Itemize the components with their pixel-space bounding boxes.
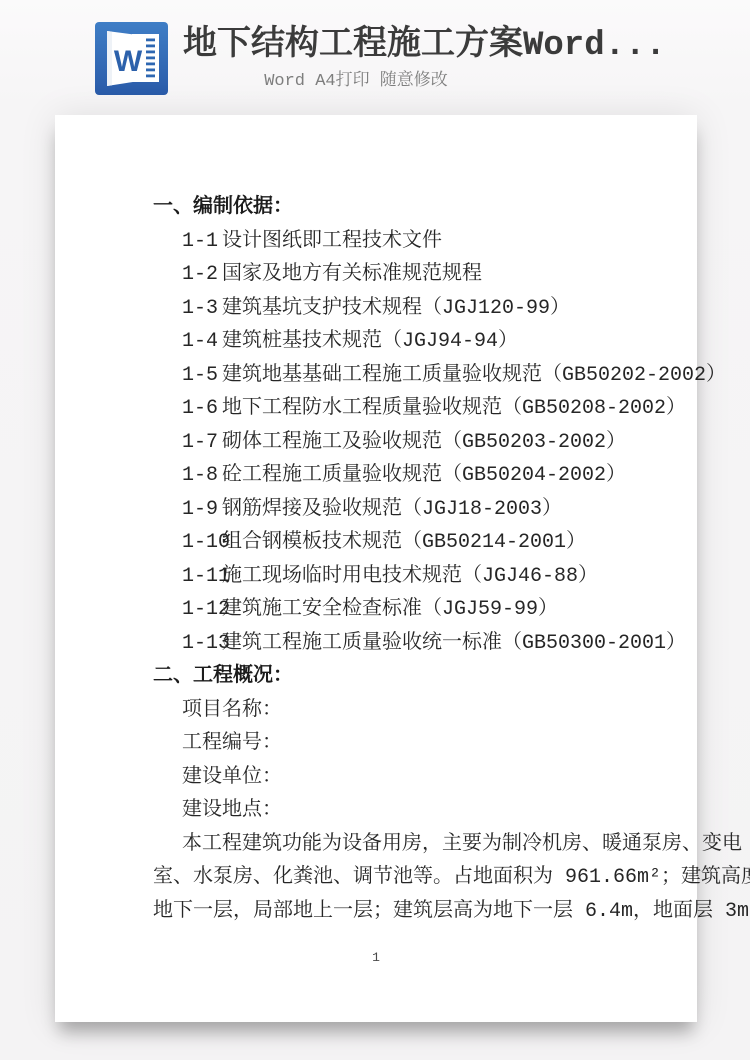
reference-item-number: 1-2 bbox=[182, 258, 222, 292]
reference-item: 1-1设计图纸即工程技术文件 bbox=[55, 225, 697, 259]
reference-item: 1-10组合钢模板技术规范（GB50214-2001） bbox=[55, 526, 697, 560]
reference-list: 1-1设计图纸即工程技术文件1-2国家及地方有关标准规范规程1-3建筑基坑支护技… bbox=[55, 225, 697, 661]
reference-item-text: 砼工程施工质量验收规范（GB50204-2002） bbox=[222, 464, 626, 487]
page-number: 1 bbox=[55, 950, 697, 965]
project-info-label: 工程编号： bbox=[55, 727, 697, 761]
reference-item: 1-4建筑桩基技术规范（JGJ94-94） bbox=[55, 325, 697, 359]
reference-item-text: 设计图纸即工程技术文件 bbox=[222, 230, 442, 253]
document-content: 一、编制依据： 1-1设计图纸即工程技术文件1-2国家及地方有关标准规范规程1-… bbox=[55, 191, 697, 928]
template-title: 地下结构工程施工方案Word... bbox=[183, 26, 666, 66]
reference-item: 1-6地下工程防水工程质量验收规范（GB50208-2002） bbox=[55, 392, 697, 426]
reference-item-text: 建筑工程施工质量验收统一标准（GB50300-2001） bbox=[222, 632, 686, 655]
reference-item: 1-5建筑地基基础工程施工质量验收规范（GB50202-2002） bbox=[55, 359, 697, 393]
reference-item-text: 建筑地基基础工程施工质量验收规范（GB50202-2002） bbox=[222, 364, 726, 387]
reference-item-number: 1-10 bbox=[182, 526, 222, 560]
reference-item-number: 1-4 bbox=[182, 325, 222, 359]
reference-item-text: 组合钢模板技术规范（GB50214-2001） bbox=[222, 531, 586, 554]
reference-item-number: 1-12 bbox=[182, 593, 222, 627]
reference-item-number: 1-6 bbox=[182, 392, 222, 426]
reference-item-text: 建筑桩基技术规范（JGJ94-94） bbox=[222, 330, 518, 353]
reference-item-text: 建筑施工安全检查标准（JGJ59-99） bbox=[222, 598, 558, 621]
reference-item-text: 国家及地方有关标准规范规程 bbox=[222, 263, 482, 286]
reference-item-number: 1-3 bbox=[182, 292, 222, 326]
reference-item-text: 施工现场临时用电技术规范（JGJ46-88） bbox=[222, 565, 598, 588]
project-info-label: 项目名称： bbox=[55, 694, 697, 728]
section-heading-basis: 一、编制依据： bbox=[55, 191, 697, 225]
reference-item-text: 钢筋焊接及验收规范（JGJ18-2003） bbox=[222, 498, 562, 521]
reference-item-text: 建筑基坑支护技术规程（JGJ120-99） bbox=[222, 297, 570, 320]
reference-item-number: 1-9 bbox=[182, 493, 222, 527]
reference-item-number: 1-1 bbox=[182, 225, 222, 259]
document-page-preview[interactable]: 一、编制依据： 1-1设计图纸即工程技术文件1-2国家及地方有关标准规范规程1-… bbox=[55, 115, 697, 1022]
overview-paragraph-line: 本工程建筑功能为设备用房，主要为制冷机房、暖通泵房、变电 bbox=[55, 828, 697, 862]
overview-paragraph-line: 室、水泵房、化粪池、调节池等。占地面积为 961.66m²；建筑高度为 bbox=[55, 861, 697, 895]
reference-item-number: 1-13 bbox=[182, 627, 222, 661]
reference-item-text: 地下工程防水工程质量验收规范（GB50208-2002） bbox=[222, 397, 686, 420]
reference-item: 1-3建筑基坑支护技术规程（JGJ120-99） bbox=[55, 292, 697, 326]
reference-item-text: 砌体工程施工及验收规范（GB50203-2002） bbox=[222, 431, 626, 454]
section-heading-overview: 二、工程概况： bbox=[55, 660, 697, 694]
reference-item: 1-11施工现场临时用电技术规范（JGJ46-88） bbox=[55, 560, 697, 594]
reference-item: 1-8砼工程施工质量验收规范（GB50204-2002） bbox=[55, 459, 697, 493]
template-subtitle: Word A4打印 随意修改 bbox=[0, 71, 712, 92]
project-info-labels: 项目名称：工程编号：建设单位：建设地点： bbox=[55, 694, 697, 828]
overview-paragraph-line: 地下一层，局部地上一层；建筑层高为地下一层 6.4m，地面层 3m， bbox=[55, 895, 697, 929]
reference-item: 1-13建筑工程施工质量验收统一标准（GB50300-2001） bbox=[55, 627, 697, 661]
reference-item: 1-9钢筋焊接及验收规范（JGJ18-2003） bbox=[55, 493, 697, 527]
overview-paragraph: 本工程建筑功能为设备用房，主要为制冷机房、暖通泵房、变电室、水泵房、化粪池、调节… bbox=[55, 828, 697, 929]
reference-item-number: 1-5 bbox=[182, 359, 222, 393]
reference-item-number: 1-8 bbox=[182, 459, 222, 493]
reference-item-number: 1-7 bbox=[182, 426, 222, 460]
project-info-label: 建设单位： bbox=[55, 761, 697, 795]
reference-item-number: 1-11 bbox=[182, 560, 222, 594]
project-info-label: 建设地点： bbox=[55, 794, 697, 828]
site-header: W 地下结构工程施工方案Word... Word A4打印 随意修改 bbox=[0, 0, 750, 115]
reference-item: 1-7砌体工程施工及验收规范（GB50203-2002） bbox=[55, 426, 697, 460]
reference-item: 1-2国家及地方有关标准规范规程 bbox=[55, 258, 697, 292]
reference-item: 1-12建筑施工安全检查标准（JGJ59-99） bbox=[55, 593, 697, 627]
